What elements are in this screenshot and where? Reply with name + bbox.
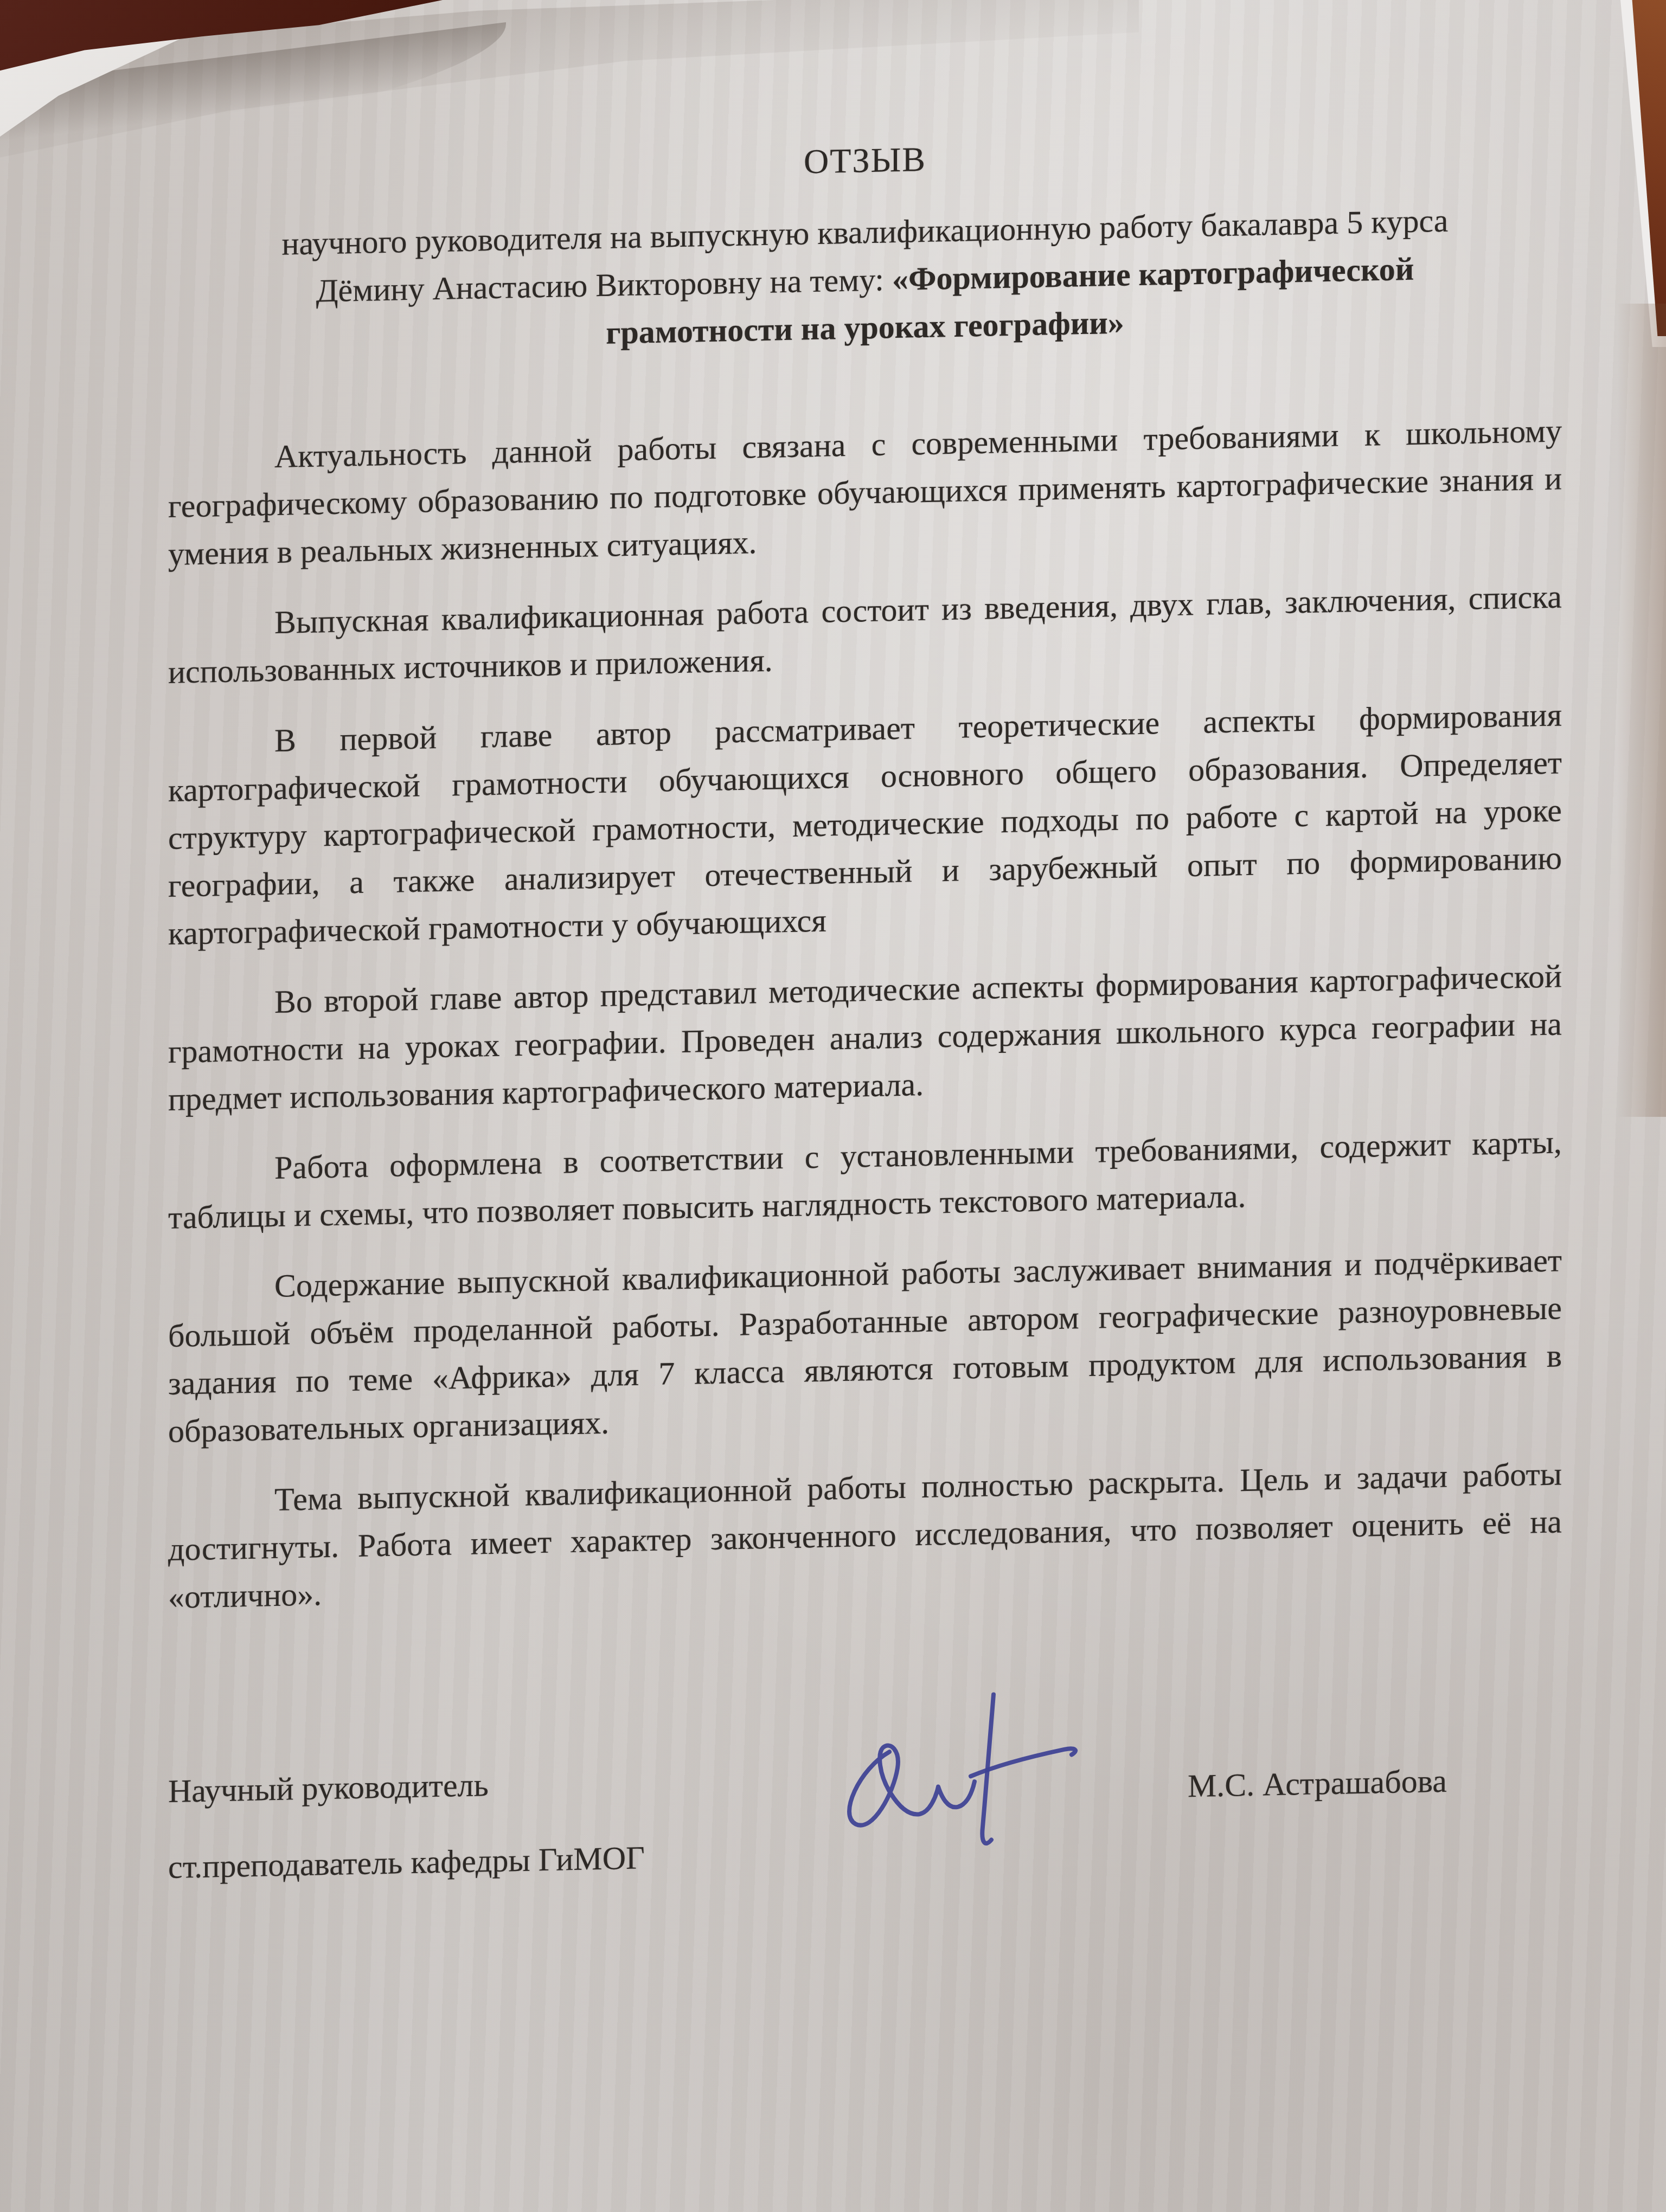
paragraph-relevance: Актуальность данной работы связана с сов… xyxy=(168,407,1562,578)
signature-block: Научный руководитель ст.преподаватель ка… xyxy=(168,1673,1562,2037)
document-subtitle: научного руководителя на выпускную квали… xyxy=(230,196,1500,364)
paragraph-structure: Выпускная квалификационная работа состои… xyxy=(168,573,1562,696)
paragraph-chapter-one: В первой главе автор рассматривает теоре… xyxy=(168,691,1562,957)
signature-role-line1: Научный руководитель xyxy=(168,1761,489,1815)
photo-of-document: { "document": { "title": "ОТЗЫВ", "subti… xyxy=(0,0,1666,2212)
paragraph-chapter-two: Во второй главе автор представил методич… xyxy=(168,952,1562,1123)
signature-role-line2: ст.преподаватель кафедры ГиМОГ xyxy=(168,1834,645,1891)
paragraph-formatting: Работа оформлена в соответствии с устано… xyxy=(168,1118,1562,1242)
paragraph-content-value: Содержание выпускной квалификационной ра… xyxy=(168,1236,1562,1455)
handwritten-signature xyxy=(808,1682,1112,1862)
signature-name: М.С. Астрашабова xyxy=(1188,1757,1447,1810)
paragraph-conclusion: Тема выпускной квалификационной работы п… xyxy=(168,1450,1562,1621)
review-document: ОТЗЫВ научного руководителя на выпускную… xyxy=(168,123,1562,1644)
paper-right-edge-shadow xyxy=(1617,304,1666,1117)
signature-loop-stroke xyxy=(849,1744,975,1825)
